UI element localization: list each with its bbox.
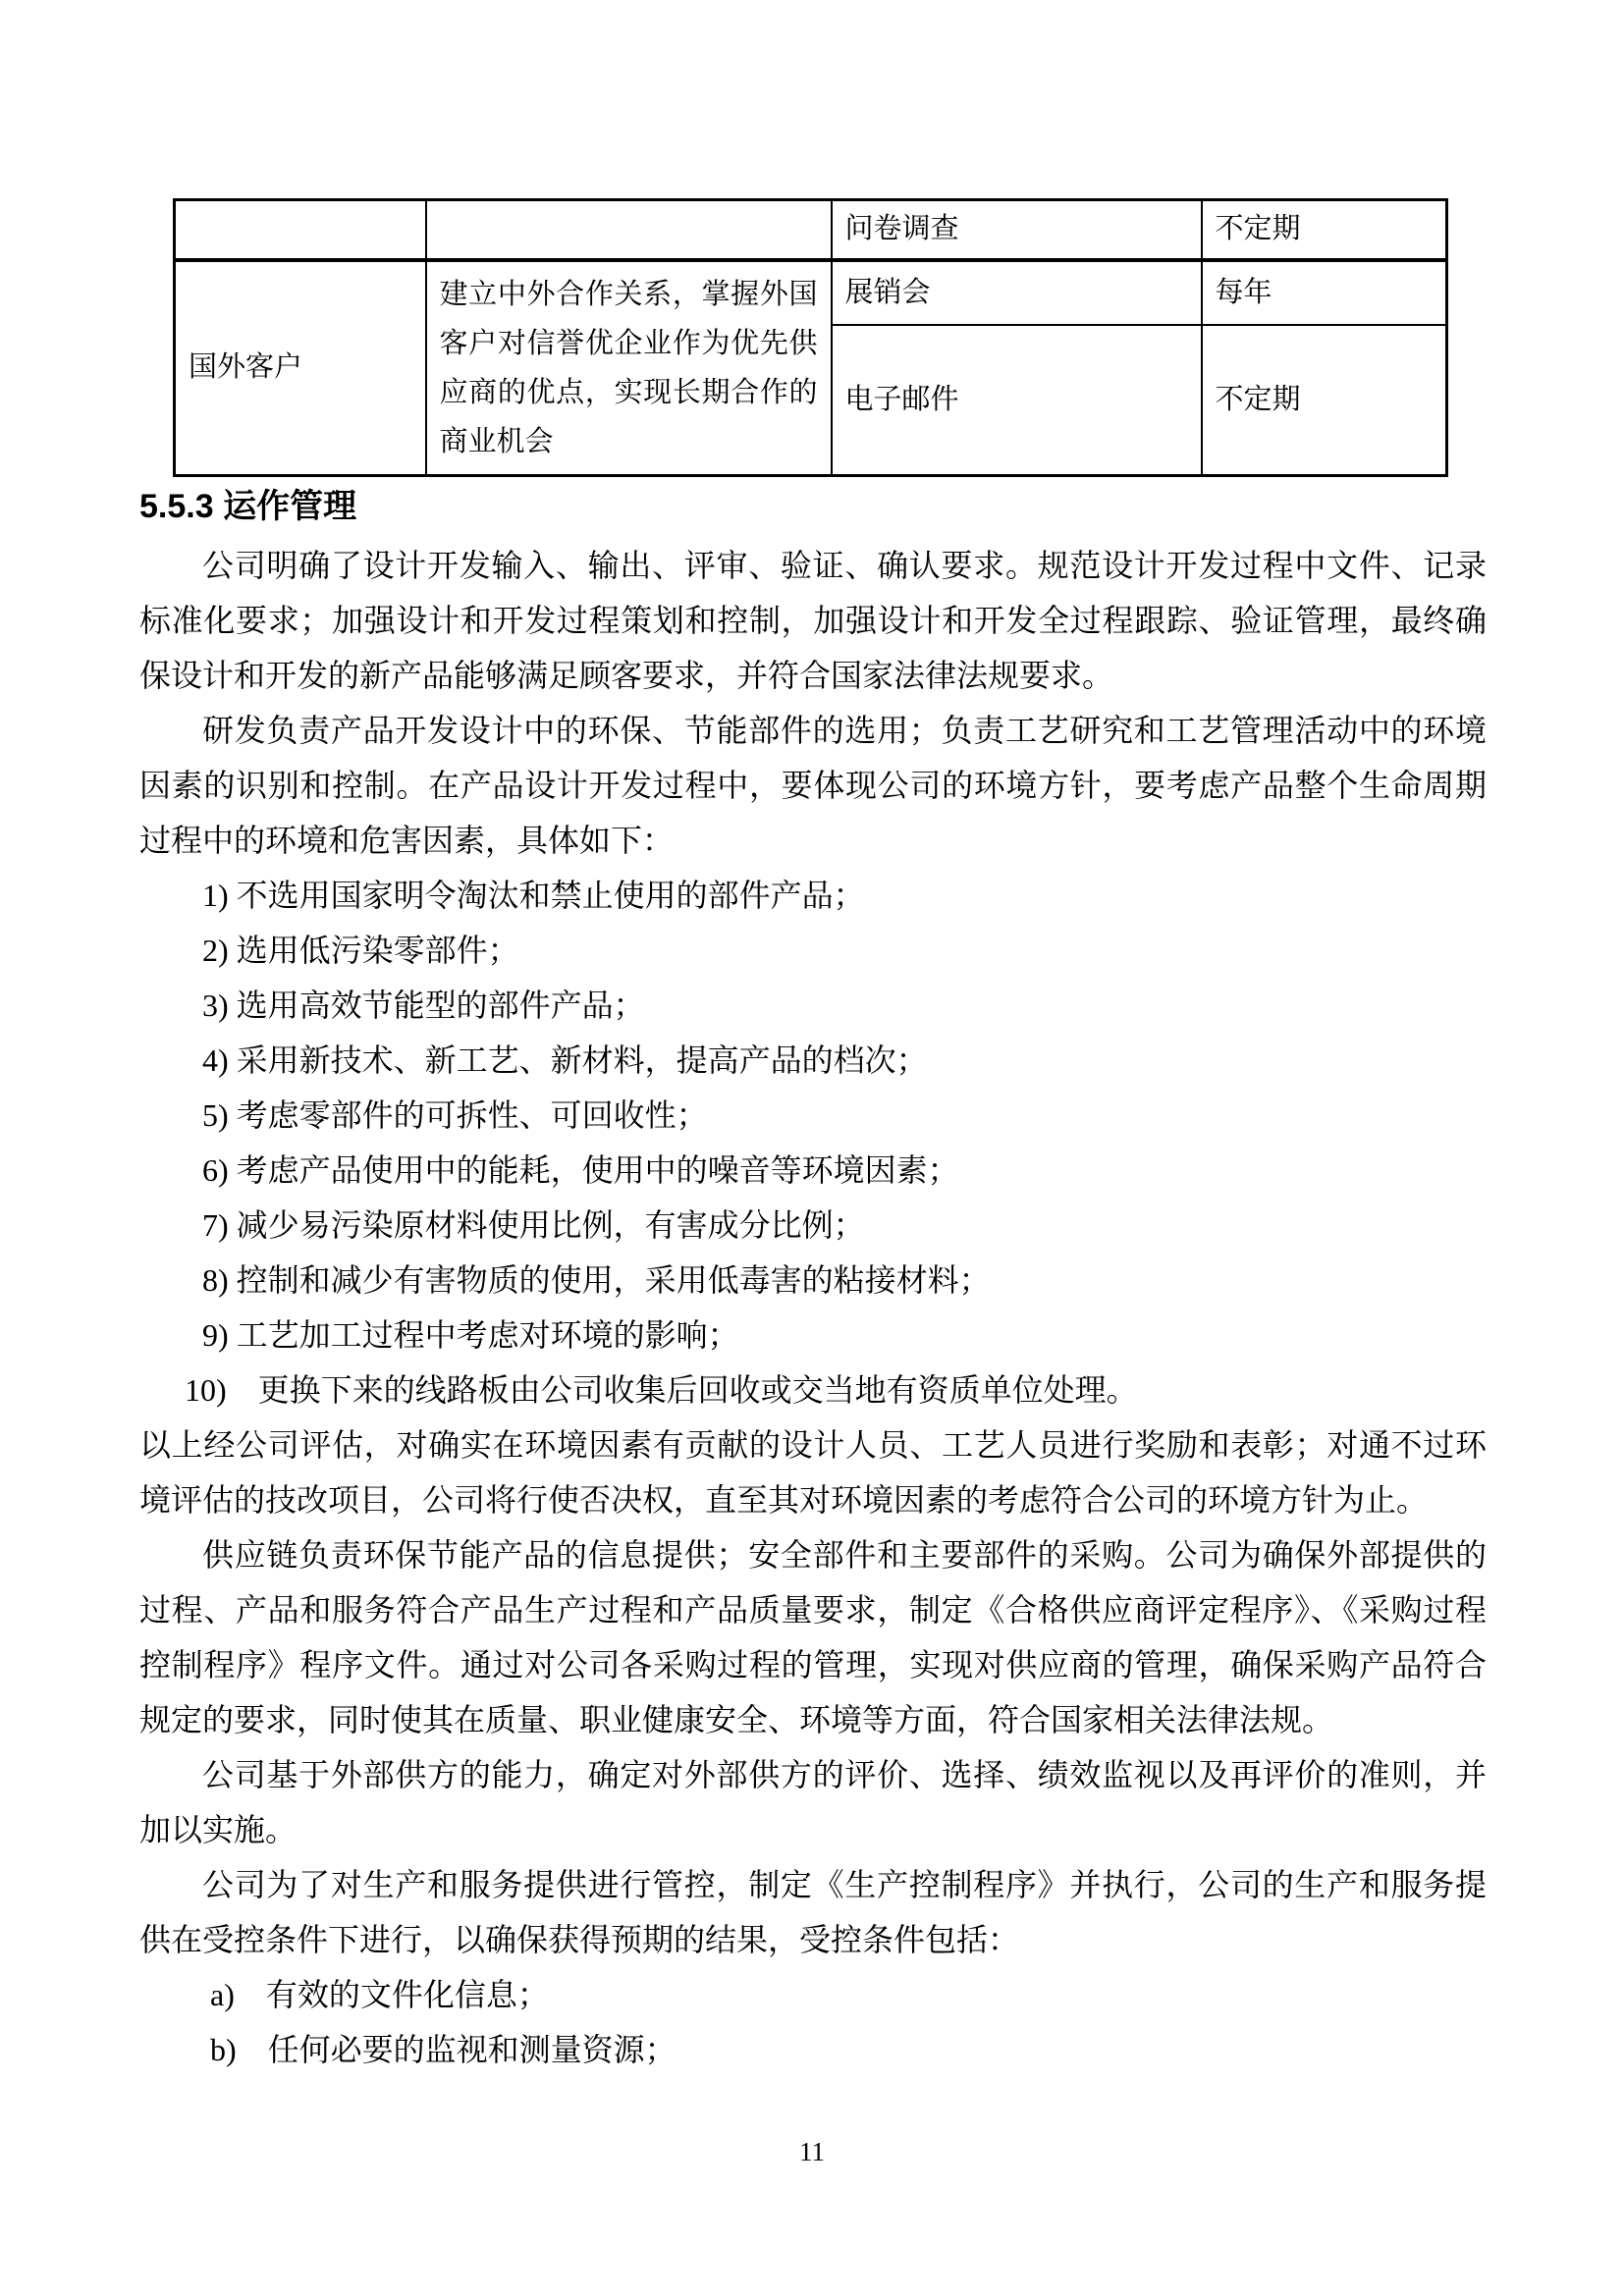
paragraph: 公司为了对生产和服务提供进行管控，制定《生产控制程序》并执行，公司的生产和服务提…: [139, 1857, 1487, 1967]
customer-type-cell: 国外客户: [175, 260, 426, 476]
empty-cell: [175, 200, 426, 261]
list-item: 6) 考虑产品使用中的能耗，使用中的噪音等环境因素；: [202, 1143, 1487, 1198]
purpose-cell: 建立中外合作关系，掌握外国客户对信誉优企业作为优先供应商的优点，实现长期合作的商…: [426, 260, 832, 476]
customer-communication-table: 问卷调查 不定期 国外客户 建立中外合作关系，掌握外国客户对信誉优企业作为优先供…: [173, 198, 1448, 477]
paragraph: 公司明确了设计开发输入、输出、评审、验证、确认要求。规范设计开发过程中文件、记录…: [139, 538, 1487, 703]
list-item: 5) 考虑零部件的可拆性、可回收性；: [202, 1088, 1487, 1143]
paragraph: 供应链负责环保节能产品的信息提供；安全部件和主要部件的采购。公司为确保外部提供的…: [139, 1527, 1487, 1747]
paragraph: 研发负责产品开发设计中的环保、节能部件的选用；负责工艺研究和工艺管理活动中的环境…: [139, 703, 1487, 868]
list-item: 1) 不选用国家明令淘汰和禁止使用的部件产品；: [202, 868, 1487, 923]
list-item: 4) 采用新技术、新工艺、新材料，提高产品的档次；: [202, 1033, 1487, 1088]
paragraph: 公司基于外部供方的能力，确定对外部供方的评价、选择、绩效监视以及再评价的准则，并…: [139, 1747, 1487, 1857]
section-heading: 5.5.3 运作管理: [139, 481, 1487, 532]
list-item: 8) 控制和减少有害物质的使用，采用低毒害的粘接材料；: [202, 1253, 1487, 1308]
paragraph: 以上经公司评估，对确实在环境因素有贡献的设计人员、工艺人员进行奖励和表彰；对通不…: [139, 1417, 1487, 1527]
table-row: 问卷调查 不定期: [175, 200, 1447, 261]
frequency-cell: 每年: [1202, 260, 1447, 325]
list-item: 2) 选用低污染零部件；: [202, 923, 1487, 978]
method-cell: 展销会: [832, 260, 1202, 325]
empty-cell: [426, 200, 832, 261]
list-item: 3) 选用高效节能型的部件产品；: [202, 978, 1487, 1033]
body-content: 5.5.3 运作管理 公司明确了设计开发输入、输出、评审、验证、确认要求。规范设…: [139, 481, 1487, 2077]
table-row: 国外客户 建立中外合作关系，掌握外国客户对信誉优企业作为优先供应商的优点，实现长…: [175, 260, 1447, 325]
list-item: b) 任何必要的监视和测量资源；: [210, 2022, 1487, 2077]
list-item: 7) 减少易污染原材料使用比例，有害成分比例；: [202, 1198, 1487, 1253]
list-item: 9) 工艺加工过程中考虑对环境的影响；: [202, 1308, 1487, 1362]
method-cell: 问卷调查: [832, 200, 1202, 261]
frequency-cell: 不定期: [1202, 200, 1447, 261]
frequency-cell: 不定期: [1202, 325, 1447, 476]
list-item: a) 有效的文件化信息；: [210, 1967, 1487, 2022]
list-item: 10) 更换下来的线路板由公司收集后回收或交当地有资质单位处理。: [185, 1362, 1487, 1417]
page-number: 11: [0, 2132, 1624, 2171]
method-cell: 电子邮件: [832, 325, 1202, 476]
document-page: 问卷调查 不定期 国外客户 建立中外合作关系，掌握外国客户对信誉优企业作为优先供…: [0, 0, 1624, 2296]
